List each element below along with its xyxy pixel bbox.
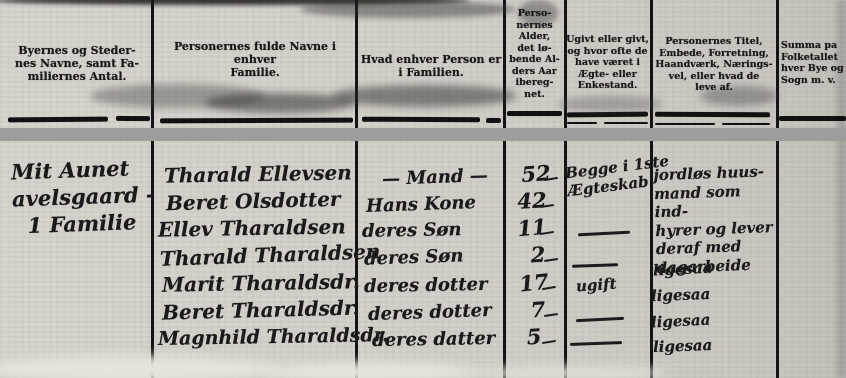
name-entry: Marit Tharaldsdr. [162,269,360,296]
ink-smudge [558,96,663,112]
header-occupation-column: Personernes Titel, Embede, Forretning, H… [653,36,775,94]
age-entry: 2 [515,241,560,268]
marital-ditto-dash [570,341,622,345]
scan-edge-blob [470,366,670,378]
occupation-ditto-entry: ligesaa [653,258,713,279]
marital-ditto-dash [572,263,618,267]
place-entry: Mit Aunet avelsgaard - 1 Familie [11,154,156,240]
name-entry: Tharald Ellevsen [164,160,352,187]
name-entry: Beret Tharaldsdr. [162,295,360,324]
scan-edge-blob [260,362,480,378]
header-names-column: Personernes fulde Navne i enhver Familie… [156,40,354,79]
header-rule [486,118,501,123]
header-rule [116,116,150,121]
age-entry: 42 [509,187,554,214]
header-summa-column: Summa pa Folketallet hver Bye og Sogn m.… [781,40,846,86]
name-entry: Beret Olsdotter [166,187,341,216]
role-entry: Hans Kone [366,192,477,217]
header-rule [362,117,480,123]
header-rule [722,123,770,125]
age-entry: 17 [511,268,557,297]
age-entry: 11 [509,213,555,242]
census-page: Byernes og Steder- nes Navne, samt Fa- m… [0,0,846,378]
ink-smudge [332,85,517,107]
name-entry: Tharald Tharaldsen [160,239,381,271]
age-entry: 5 [511,322,557,350]
age-entry: 7 [515,295,561,323]
marital-entry: ugift [575,275,617,296]
header-places-column: Byernes og Steder- nes Navne, samt Fa- m… [4,44,150,83]
header-rule [655,112,770,118]
header-role-column: Hvad enhver Person er i Familien. [360,53,502,79]
role-entry: — Mand — [382,165,488,190]
scan-band [0,128,846,141]
header-marital-column: Ugivt eller givt, og hvor ofte de have v… [566,34,649,92]
header-rule [655,123,715,125]
marital-ditto-dash [578,231,630,236]
occupation-ditto-entry: ligesaa [651,310,711,331]
age-entry: 52 [513,159,559,187]
name-entry: Magnhild Tharaldsdr. [158,324,389,350]
marital-ditto-dash [576,317,624,322]
role-entry: deres dotter [364,274,488,297]
header-age-column: Perso- nernes Alder, det lø- bende Al- d… [506,8,563,100]
scan-edge-blob [0,356,280,378]
name-entry: Ellev Tharaldsen [158,214,346,241]
role-entry: deres datter [372,328,496,351]
header-rule [604,122,648,124]
header-rule [507,111,562,116]
header-rule [160,118,353,124]
header-rule [567,112,648,118]
header-rule [567,122,597,124]
role-entry: deres Søn [362,219,462,242]
role-entry: deres dotter [368,300,492,325]
column-divider [355,0,358,378]
header-rule [8,117,108,123]
occupation-ditto-entry: ligesaa [651,285,711,305]
role-entry: deres Søn [364,245,464,269]
occupation-ditto-entry: ligesaa [653,336,713,356]
